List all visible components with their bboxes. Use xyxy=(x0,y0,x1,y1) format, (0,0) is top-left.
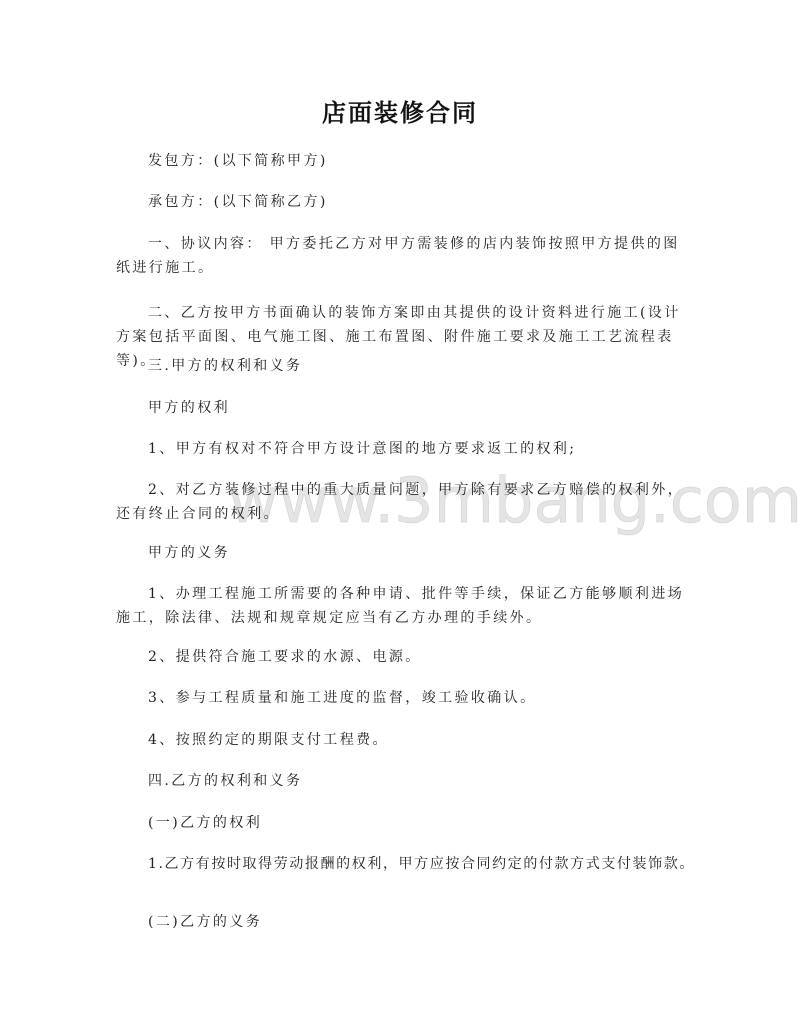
subheading-party-a-duties: 甲方的义务 xyxy=(116,541,688,565)
clause-agreement-content: 一、协议内容： 甲方委托乙方对甲方需装修的店内装饰按照甲方提供的图纸进行施工。 xyxy=(116,232,688,280)
section-heading-party-a: 三.甲方的权利和义务 xyxy=(116,354,688,378)
party-a-right-item: 1、甲方有权对不符合甲方设计意图的地方要求返工的权利; xyxy=(116,437,688,461)
party-a-duty-item: 3、参与工程质量和施工进度的监督，竣工验收确认。 xyxy=(116,686,688,710)
party-a-line: 发包方：(以下简称甲方) xyxy=(116,149,688,173)
party-a-duty-item: 2、提供符合施工要求的水源、电源。 xyxy=(116,645,688,669)
party-b-right-item: 1.乙方有按时取得劳动报酬的权利，甲方应按合同约定的付款方式支付装饰款。 xyxy=(116,852,716,876)
document-page: www.3mbang.com 店面装修合同 发包方：(以下简称甲方) 承包方：(… xyxy=(0,0,800,1036)
subheading-party-b-duties: (二)乙方的义务 xyxy=(116,910,688,934)
party-a-duty-item: 1、办理工程施工所需要的各种申请、批件等手续，保证乙方能够顺利进场施工，除法律、… xyxy=(116,582,688,630)
subheading-party-b-rights: (一)乙方的权利 xyxy=(116,811,688,835)
party-b-line: 承包方：(以下简称乙方) xyxy=(116,190,688,214)
document-title: 店面装修合同 xyxy=(0,93,800,128)
subheading-party-a-rights: 甲方的权利 xyxy=(116,396,688,420)
party-a-duty-item: 4、按照约定的期限支付工程费。 xyxy=(116,728,688,752)
party-a-right-item: 2、对乙方装修过程中的重大质量问题，甲方除有要求乙方赔偿的权利外，还有终止合同的… xyxy=(116,478,688,526)
section-heading-party-b: 四.乙方的权利和义务 xyxy=(116,769,688,793)
